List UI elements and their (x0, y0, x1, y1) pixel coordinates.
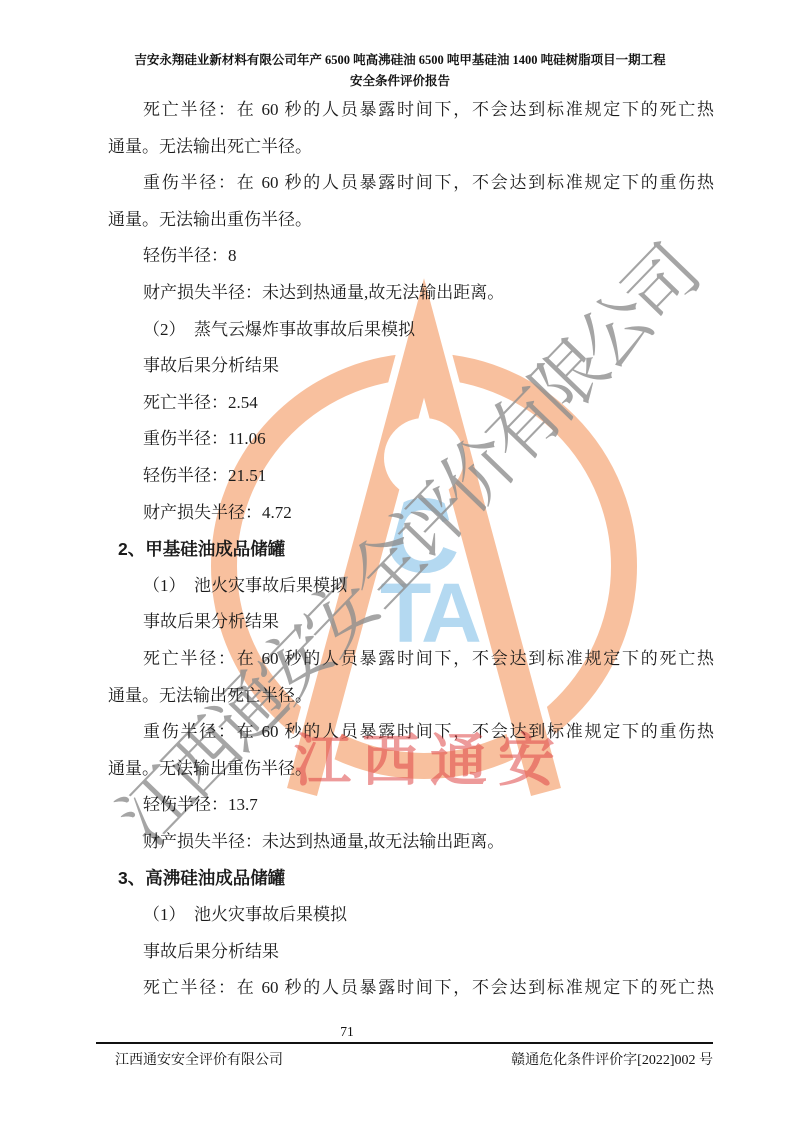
body-line: 轻伤半径：21.51 (108, 458, 714, 495)
body-line: 通量。无法输出死亡半径。 (108, 678, 714, 715)
body-line: 重伤半径：在 60 秒的人员暴露时间下，不会达到标准规定下的重伤热 (108, 165, 714, 202)
body-line: 死亡半径：在 60 秒的人员暴露时间下，不会达到标准规定下的死亡热 (108, 641, 714, 678)
body-line: 死亡半径：在 60 秒的人员暴露时间下，不会达到标准规定下的死亡热 (108, 92, 714, 129)
body-line: 财产损失半径：未达到热通量,故无法输出距离。 (108, 275, 714, 312)
footer-row: 江西通安安全评价有限公司 赣通危化条件评价字[2022]002 号 (115, 1049, 713, 1069)
body-line: 财产损失半径：4.72 (108, 495, 714, 532)
body-line: 事故后果分析结果 (108, 348, 714, 385)
footer-document-number: 赣通危化条件评价字[2022]002 号 (511, 1049, 713, 1069)
content-layer: 吉安永翔硅业新材料有限公司年产 6500 吨高沸硅油 6500 吨甲基硅油 14… (0, 0, 800, 1131)
body-line: 死亡半径：2.54 (108, 385, 714, 422)
body-line: （1） 池火灾事故后果模拟 (108, 897, 714, 934)
section-heading: 3、高沸硅油成品储罐 (108, 860, 714, 897)
header-project-title: 吉安永翔硅业新材料有限公司年产 6500 吨高沸硅油 6500 吨甲基硅油 14… (60, 50, 740, 71)
body-line: 通量。无法输出死亡半径。 (108, 129, 714, 166)
document-page: C TA 江西通安安全评价有限公司 江西通安 吉安永翔硅业新材料有限公司年产 6… (0, 0, 800, 1131)
body-line: 事故后果分析结果 (108, 604, 714, 641)
footer-company-name: 江西通安安全评价有限公司 (115, 1049, 283, 1069)
body-line: 重伤半径：11.06 (108, 421, 714, 458)
section-heading: 2、甲基硅油成品储罐 (108, 531, 714, 568)
body-line: 轻伤半径：8 (108, 238, 714, 275)
body-line: （2） 蒸气云爆炸事故事故后果模拟 (108, 312, 714, 349)
body-line: 财产损失半径：未达到热通量,故无法输出距离。 (108, 824, 714, 861)
document-header: 吉安永翔硅业新材料有限公司年产 6500 吨高沸硅油 6500 吨甲基硅油 14… (60, 50, 740, 92)
red-watermark-text: 江西通安 (294, 731, 566, 791)
body-line: 事故后果分析结果 (108, 934, 714, 971)
header-report-title: 安全条件评价报告 (60, 71, 740, 92)
page-number: 71 (108, 1024, 586, 1040)
document-body: 死亡半径：在 60 秒的人员暴露时间下，不会达到标准规定下的死亡热通量。无法输出… (108, 92, 714, 1007)
body-line: 死亡半径：在 60 秒的人员暴露时间下，不会达到标准规定下的死亡热 (108, 970, 714, 1007)
footer-rule (96, 1042, 713, 1044)
body-line: 通量。无法输出重伤半径。 (108, 202, 714, 239)
body-line: （1） 池火灾事故后果模拟 (108, 568, 714, 605)
